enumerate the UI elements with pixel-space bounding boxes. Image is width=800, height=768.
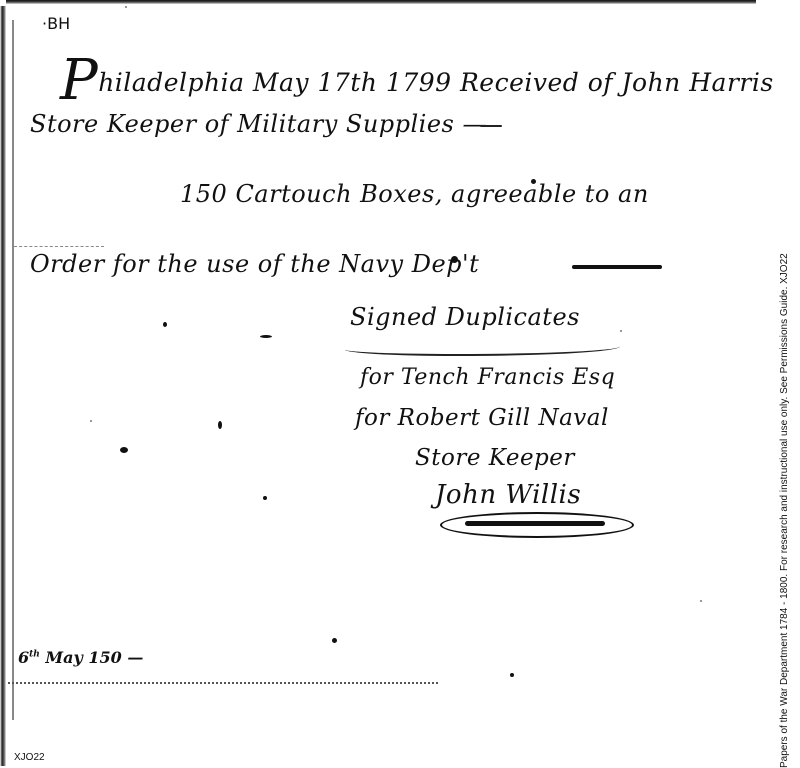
signed-for-line-2: for Robert Gill Naval <box>355 405 609 431</box>
document-scan: ·BH Philadelphia May 17th 1799 Received … <box>0 0 760 768</box>
flourished-capital: P <box>60 48 98 113</box>
ink-blot <box>120 447 128 453</box>
speck <box>735 78 737 80</box>
receipt-line-4: Order for the use of the Navy Dep't <box>30 250 479 278</box>
signature-paraph-stroke <box>465 521 605 526</box>
receipt-line-1: Philadelphia May 17th 1799 Received of J… <box>60 40 774 105</box>
margin-line <box>12 20 14 720</box>
signatory-title: Store Keeper <box>415 445 575 471</box>
signed-duplicates: Signed Duplicates <box>350 303 580 331</box>
speck <box>90 420 92 422</box>
ink-blot <box>260 335 272 338</box>
corner-annotation: ·BH <box>42 14 70 33</box>
signature-underline-flourish <box>345 340 620 356</box>
fold-mark <box>14 246 104 248</box>
ink-blot <box>531 179 536 184</box>
ink-blot <box>332 638 337 643</box>
signed-for-line-1: for Tench Francis Esq <box>360 365 615 390</box>
ink-blot <box>218 421 222 429</box>
archive-caption: Papers of the War Department 1784 - 1800… <box>779 248 790 768</box>
receipt-line-1-text: hiladelphia May 17th 1799 Received of Jo… <box>98 68 773 97</box>
ink-blot <box>263 496 267 500</box>
speck <box>700 600 702 602</box>
line-terminator-flourish <box>572 265 662 269</box>
page-left-edge <box>0 6 6 766</box>
endorsement-day: 6 <box>18 648 29 667</box>
archive-code: XJO22 <box>14 752 45 763</box>
receipt-line-2: Store Keeper of Military Supplies — <box>30 110 487 138</box>
ink-blot <box>451 256 458 263</box>
endorsement-text: May 150 — <box>45 648 143 667</box>
page-top-edge <box>6 0 756 4</box>
endorsement-suffix: th <box>29 650 40 660</box>
line-dash <box>480 125 502 127</box>
endorsement-note: 6th May 150 — <box>18 648 143 667</box>
signatory-name: John Willis <box>435 480 581 510</box>
receipt-line-3: 150 Cartouch Boxes, agreeable to an <box>180 180 649 208</box>
speck <box>620 330 622 332</box>
bottom-rule <box>8 682 438 686</box>
ink-blot <box>163 322 167 327</box>
speck <box>125 6 127 8</box>
ink-blot <box>510 673 514 677</box>
